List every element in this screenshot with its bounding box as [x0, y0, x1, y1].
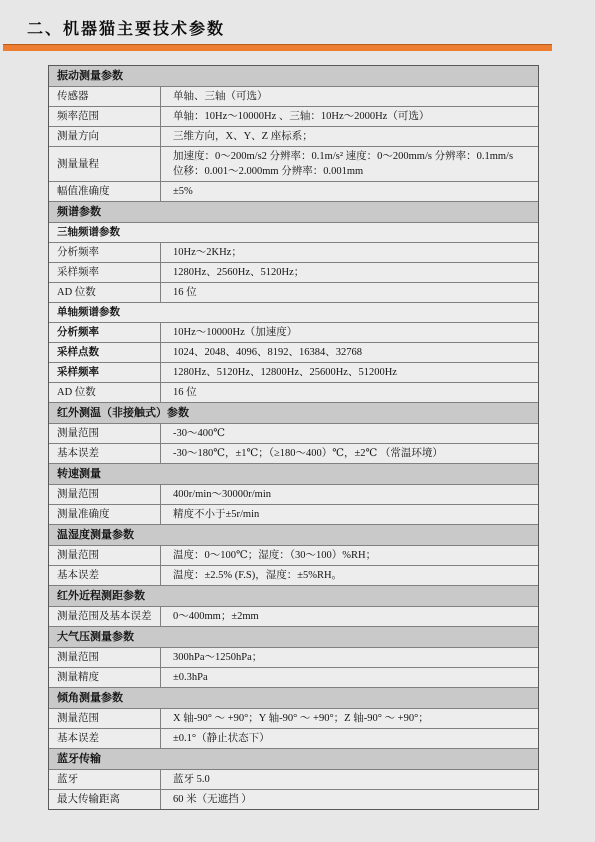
param-label-cell: 测量精度 [49, 668, 161, 687]
param-label-cell: 分析频率 [49, 243, 161, 262]
param-value-cell: ±0.3hPa [161, 668, 538, 687]
param-value-line: X 轴-90° ～ +90°；Y 轴-90° ～ +90°；Z 轴-90° ～ … [173, 711, 530, 726]
param-row: 幅值准确度±5% [49, 182, 538, 202]
param-row: 最大传输距离60 米（无遮挡 ） [49, 790, 538, 809]
param-value-line: 1024、2048、4096、8192、16384、32768 [173, 345, 530, 360]
param-value-line: ±0.1°（静止状态下） [173, 731, 530, 746]
param-row: 频率范围单轴：10Hz～10000Hz 、三轴：10Hz～2000Hz（可选） [49, 107, 538, 127]
param-row: 测量范围及基本误差0～400mm；±2mm [49, 607, 538, 627]
param-value-cell: 精度不小于±5r/min [161, 505, 538, 524]
param-row: 测量范围-30～400℃ [49, 424, 538, 444]
param-value-line: ±5% [173, 184, 530, 199]
param-value-cell: 三维方向，X、Y、Z 座标系； [161, 127, 538, 146]
param-value-cell: 16 位 [161, 283, 538, 302]
param-row: 测量精度±0.3hPa [49, 668, 538, 688]
param-row: 测量范围400r/min～30000r/min [49, 485, 538, 505]
section-title: 频谱参数 [49, 202, 538, 222]
param-row: 基本误差温度：±2.5% (F.S)，湿度：±5%RH。 [49, 566, 538, 586]
param-value-line: 1280Hz、5120Hz、12800Hz、25600Hz、51200Hz [173, 365, 530, 380]
section-title: 红外近程测距参数 [49, 586, 538, 606]
param-value-cell: 16 位 [161, 383, 538, 402]
param-label-cell: 采样频率 [49, 363, 161, 382]
param-value-line: 16 位 [173, 285, 530, 300]
param-row: 测量范围温度：0～100℃；湿度：（30～100）%RH； [49, 546, 538, 566]
param-label-cell: 测量准确度 [49, 505, 161, 524]
section-title: 转速测量 [49, 464, 538, 484]
section-header-row: 频谱参数 [49, 202, 538, 223]
param-value-line: 16 位 [173, 385, 530, 400]
param-label-cell: 测量方向 [49, 127, 161, 146]
section-header-row: 大气压测量参数 [49, 627, 538, 648]
param-value-line: -30～180℃，±1℃；（≥180～400）℃，±2℃ （常温环境） [173, 446, 530, 461]
param-label-cell: 基本误差 [49, 729, 161, 748]
param-value-cell: 1280Hz、2560Hz、5120Hz； [161, 263, 538, 282]
param-label-cell: 基本误差 [49, 444, 161, 463]
subsection-header-row: 三轴频谱参数 [49, 223, 538, 243]
subsection-title: 单轴频谱参数 [49, 303, 538, 322]
param-value-line: -30～400℃ [173, 426, 530, 441]
section-header-row: 红外测温（非接触式）参数 [49, 403, 538, 424]
param-label-cell: 采样频率 [49, 263, 161, 282]
param-value-line: 单轴、三轴（可选） [173, 89, 530, 104]
param-label-cell: 测量范围 [49, 709, 161, 728]
param-row: 测量范围300hPa～1250hPa； [49, 648, 538, 668]
param-row: 采样点数1024、2048、4096、8192、16384、32768 [49, 343, 538, 363]
section-header-row: 温湿度测量参数 [49, 525, 538, 546]
subsection-title: 三轴频谱参数 [49, 223, 538, 242]
param-value-line: 60 米（无遮挡 ） [173, 792, 530, 807]
param-value-cell: 1024、2048、4096、8192、16384、32768 [161, 343, 538, 362]
param-row: 分析频率10Hz～2KHz； [49, 243, 538, 263]
param-label-cell: 测量量程 [49, 147, 161, 181]
param-value-cell: 60 米（无遮挡 ） [161, 790, 538, 809]
param-label-cell: 频率范围 [49, 107, 161, 126]
param-value-cell: 单轴、三轴（可选） [161, 87, 538, 106]
param-label-cell: 测量范围 [49, 485, 161, 504]
section-header-row: 红外近程测距参数 [49, 586, 538, 607]
param-label-cell: 分析频率 [49, 323, 161, 342]
title-underline-bar [3, 44, 552, 51]
spec-table: 振动测量参数传感器单轴、三轴（可选）频率范围单轴：10Hz～10000Hz 、三… [48, 65, 539, 810]
param-label-cell: AD 位数 [49, 383, 161, 402]
param-value-line: 蓝牙 5.0 [173, 772, 530, 787]
param-row: 测量方向三维方向，X、Y、Z 座标系； [49, 127, 538, 147]
param-value-line: 300hPa～1250hPa； [173, 650, 530, 665]
param-value-cell: 300hPa～1250hPa； [161, 648, 538, 667]
param-label-cell: 采样点数 [49, 343, 161, 362]
param-label-cell: 基本误差 [49, 566, 161, 585]
param-row: 采样频率1280Hz、5120Hz、12800Hz、25600Hz、51200H… [49, 363, 538, 383]
section-title: 温湿度测量参数 [49, 525, 538, 545]
param-row: 分析频率10Hz～10000Hz（加速度） [49, 323, 538, 343]
document-page: 二、机器猫主要技术参数 振动测量参数传感器单轴、三轴（可选）频率范围单轴：10H… [0, 0, 595, 842]
param-value-cell: 0～400mm；±2mm [161, 607, 538, 626]
section-title: 红外测温（非接触式）参数 [49, 403, 538, 423]
param-value-line: 0～400mm；±2mm [173, 609, 530, 624]
param-value-line: 400r/min～30000r/min [173, 487, 530, 502]
section-title: 振动测量参数 [49, 66, 538, 86]
param-value-line: 10Hz～2KHz； [173, 245, 530, 260]
param-value-cell: 蓝牙 5.0 [161, 770, 538, 789]
param-row: 测量量程加速度：0～200m/s2 分辨率：0.1m/s² 速度：0～200mm… [49, 147, 538, 182]
param-value-line: 温度：0～100℃；湿度：（30～100）%RH； [173, 548, 530, 563]
subsection-header-row: 单轴频谱参数 [49, 303, 538, 323]
param-value-line: 单轴：10Hz～10000Hz 、三轴：10Hz～2000Hz（可选） [173, 109, 530, 124]
param-label-cell: 测量范围及基本误差 [49, 607, 161, 626]
param-value-cell: 单轴：10Hz～10000Hz 、三轴：10Hz～2000Hz（可选） [161, 107, 538, 126]
param-value-cell: 1280Hz、5120Hz、12800Hz、25600Hz、51200Hz [161, 363, 538, 382]
param-row: AD 位数16 位 [49, 283, 538, 303]
section-title: 大气压测量参数 [49, 627, 538, 647]
param-label-cell: 测量范围 [49, 648, 161, 667]
param-value-line: 三维方向，X、Y、Z 座标系； [173, 129, 530, 144]
param-value-cell: -30～400℃ [161, 424, 538, 443]
param-value-cell: 10Hz～10000Hz（加速度） [161, 323, 538, 342]
param-value-cell: 10Hz～2KHz； [161, 243, 538, 262]
param-row: 基本误差±0.1°（静止状态下） [49, 729, 538, 749]
param-label-cell: 测量范围 [49, 546, 161, 565]
param-row: 传感器单轴、三轴（可选） [49, 87, 538, 107]
page-title: 二、机器猫主要技术参数 [27, 16, 225, 39]
param-label-cell: 幅值准确度 [49, 182, 161, 201]
param-value-cell: -30～180℃，±1℃；（≥180～400）℃，±2℃ （常温环境） [161, 444, 538, 463]
param-value-cell: 温度：0～100℃；湿度：（30～100）%RH； [161, 546, 538, 565]
param-row: 测量准确度精度不小于±5r/min [49, 505, 538, 525]
section-title: 蓝牙传输 [49, 749, 538, 769]
param-value-line: 精度不小于±5r/min [173, 507, 530, 522]
param-value-line: 温度：±2.5% (F.S)，湿度：±5%RH。 [173, 568, 530, 583]
param-row: 测量范围X 轴-90° ～ +90°；Y 轴-90° ～ +90°；Z 轴-90… [49, 709, 538, 729]
param-label-cell: 蓝牙 [49, 770, 161, 789]
param-value-cell: X 轴-90° ～ +90°；Y 轴-90° ～ +90°；Z 轴-90° ～ … [161, 709, 538, 728]
section-header-row: 振动测量参数 [49, 66, 538, 87]
param-value-line: 1280Hz、2560Hz、5120Hz； [173, 265, 530, 280]
param-value-line: ±0.3hPa [173, 670, 530, 685]
section-title: 倾角测量参数 [49, 688, 538, 708]
param-label-cell: 传感器 [49, 87, 161, 106]
param-value-cell: 400r/min～30000r/min [161, 485, 538, 504]
section-header-row: 转速测量 [49, 464, 538, 485]
param-label-cell: 测量范围 [49, 424, 161, 443]
param-row: 基本误差-30～180℃，±1℃；（≥180～400）℃，±2℃ （常温环境） [49, 444, 538, 464]
param-row: 采样频率1280Hz、2560Hz、5120Hz； [49, 263, 538, 283]
param-value-line: 10Hz～10000Hz（加速度） [173, 325, 530, 340]
param-value-line: 位移：0.001～2.000mm 分辨率：0.001mm [173, 164, 530, 179]
param-row: 蓝牙蓝牙 5.0 [49, 770, 538, 790]
param-value-cell: 温度：±2.5% (F.S)，湿度：±5%RH。 [161, 566, 538, 585]
param-label-cell: 最大传输距离 [49, 790, 161, 809]
section-header-row: 倾角测量参数 [49, 688, 538, 709]
section-header-row: 蓝牙传输 [49, 749, 538, 770]
param-label-cell: AD 位数 [49, 283, 161, 302]
param-value-cell: ±5% [161, 182, 538, 201]
param-value-cell: ±0.1°（静止状态下） [161, 729, 538, 748]
param-row: AD 位数16 位 [49, 383, 538, 403]
param-value-line: 加速度：0～200m/s2 分辨率：0.1m/s² 速度：0～200mm/s 分… [173, 149, 530, 164]
param-value-cell: 加速度：0～200m/s2 分辨率：0.1m/s² 速度：0～200mm/s 分… [161, 147, 538, 181]
